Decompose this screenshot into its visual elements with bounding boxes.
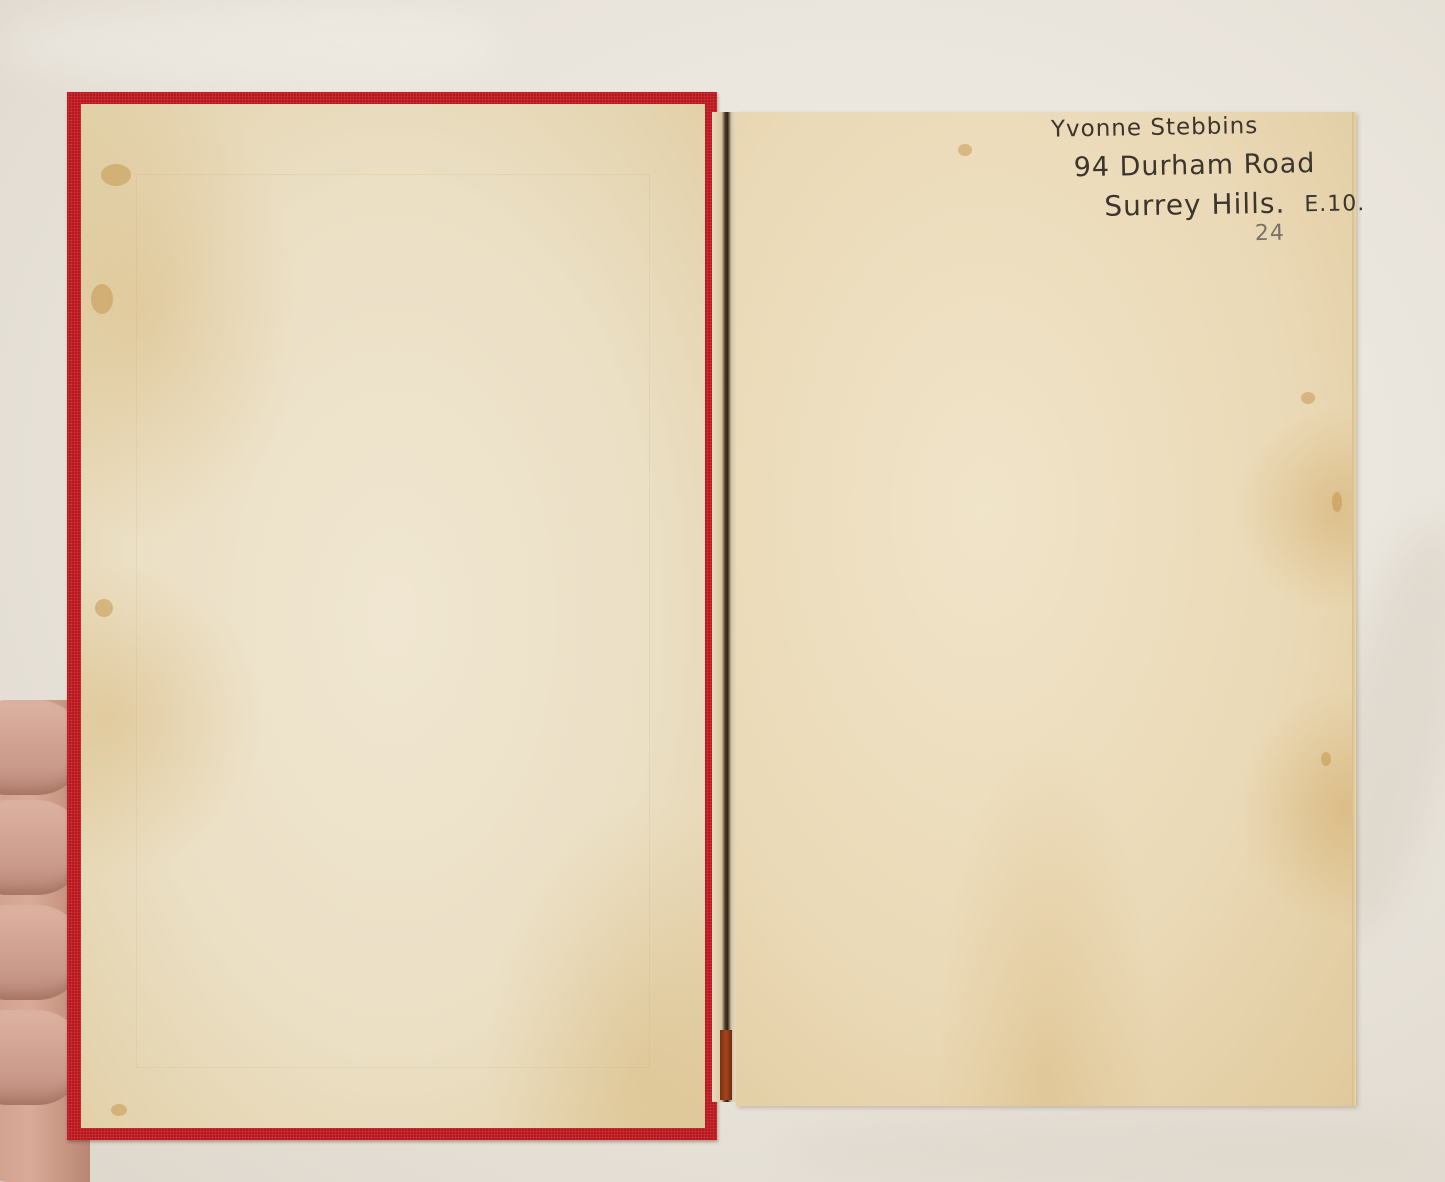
- foxing-stain: [1301, 392, 1315, 404]
- foxing-stain: [95, 599, 113, 617]
- background-cloth-shadow: [780, 1110, 1440, 1182]
- flyleaf-page: [736, 112, 1356, 1106]
- inscription-postcode: E.10.: [1304, 191, 1365, 217]
- inscription-name: Yvonne Stebbins: [1051, 113, 1259, 143]
- pencil-note: 24: [1255, 221, 1285, 247]
- book-gutter: [712, 112, 736, 1102]
- background-cloth-highlight: [0, 0, 500, 90]
- inscription-street: 94 Durham Road: [1073, 148, 1315, 183]
- spine-binding-tab: [720, 1030, 732, 1100]
- foxing-stain: [101, 164, 131, 186]
- front-cover-red-cloth: [67, 92, 717, 1140]
- inscription-suburb: Surrey Hills.: [1104, 187, 1286, 223]
- front-pastedown-page: [81, 104, 705, 1128]
- foxing-stain: [1332, 492, 1342, 512]
- foxing-stain: [91, 284, 113, 314]
- foxing-stain: [1321, 752, 1331, 766]
- foxing-stain: [958, 144, 972, 156]
- owner-inscription: Yvonne Stebbins 94 Durham Road Surrey Hi…: [1047, 107, 1360, 262]
- foxing-stain: [111, 1104, 127, 1116]
